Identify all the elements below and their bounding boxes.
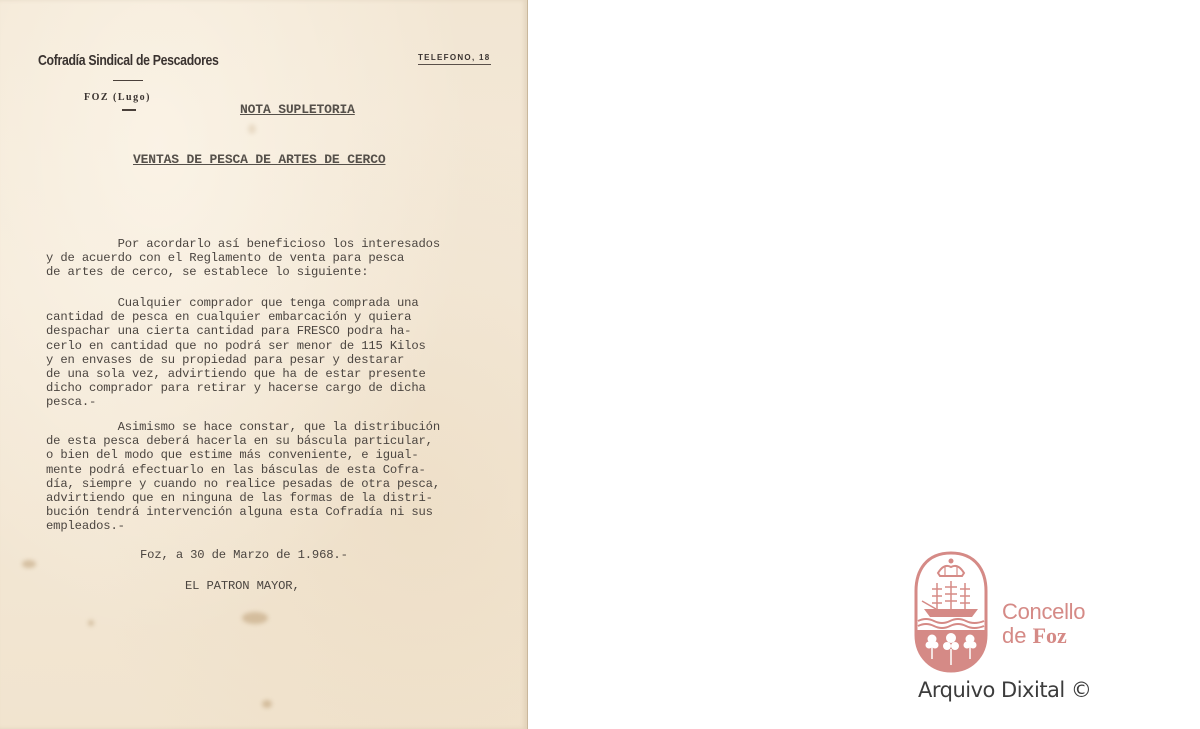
paper-stain: [242, 612, 268, 624]
signature-line: EL PATRON MAYOR,: [185, 579, 300, 593]
paper-stain: [22, 560, 36, 568]
paper-stain: [262, 700, 272, 708]
brand-name-line-1: Concello: [1002, 599, 1085, 625]
concello-de-foz-watermark: Concello de Foz Arquivo Dixital ©: [912, 551, 1112, 711]
archive-label: Arquivo Dixital ©: [918, 678, 1091, 702]
letterhead-organization: Cofradía Sindical de Pescadores: [38, 52, 219, 69]
paper-stain: [248, 124, 256, 134]
date-line: Foz, a 30 de Marzo de 1.968.-: [140, 548, 348, 562]
scanned-document-page: Cofradía Sindical de Pescadores FOZ (Lug…: [0, 0, 528, 729]
brand-name-line-2: de Foz: [1002, 623, 1067, 649]
paragraph-intro: Por acordarlo así beneficioso los intere…: [46, 237, 440, 280]
letterhead-divider: [122, 109, 136, 111]
brand-foz: Foz: [1033, 623, 1067, 648]
letterhead-city: FOZ (Lugo): [84, 92, 151, 103]
letterhead-phone: TELEFONO, 18: [418, 53, 491, 65]
paper-stain: [88, 620, 94, 626]
document-title: NOTA SUPLETORIA: [240, 103, 355, 117]
concello-de-foz-crest-icon: [914, 551, 988, 673]
letterhead-divider: [113, 80, 143, 81]
paragraph-distribution: Asimismo se hace constar, que la distrib…: [46, 420, 440, 534]
paragraph-buyer-rules: Cualquier comprador que tenga comprada u…: [46, 296, 426, 410]
document-subtitle: VENTAS DE PESCA DE ARTES DE CERCO: [133, 153, 386, 167]
brand-prefix: de: [1002, 623, 1033, 648]
